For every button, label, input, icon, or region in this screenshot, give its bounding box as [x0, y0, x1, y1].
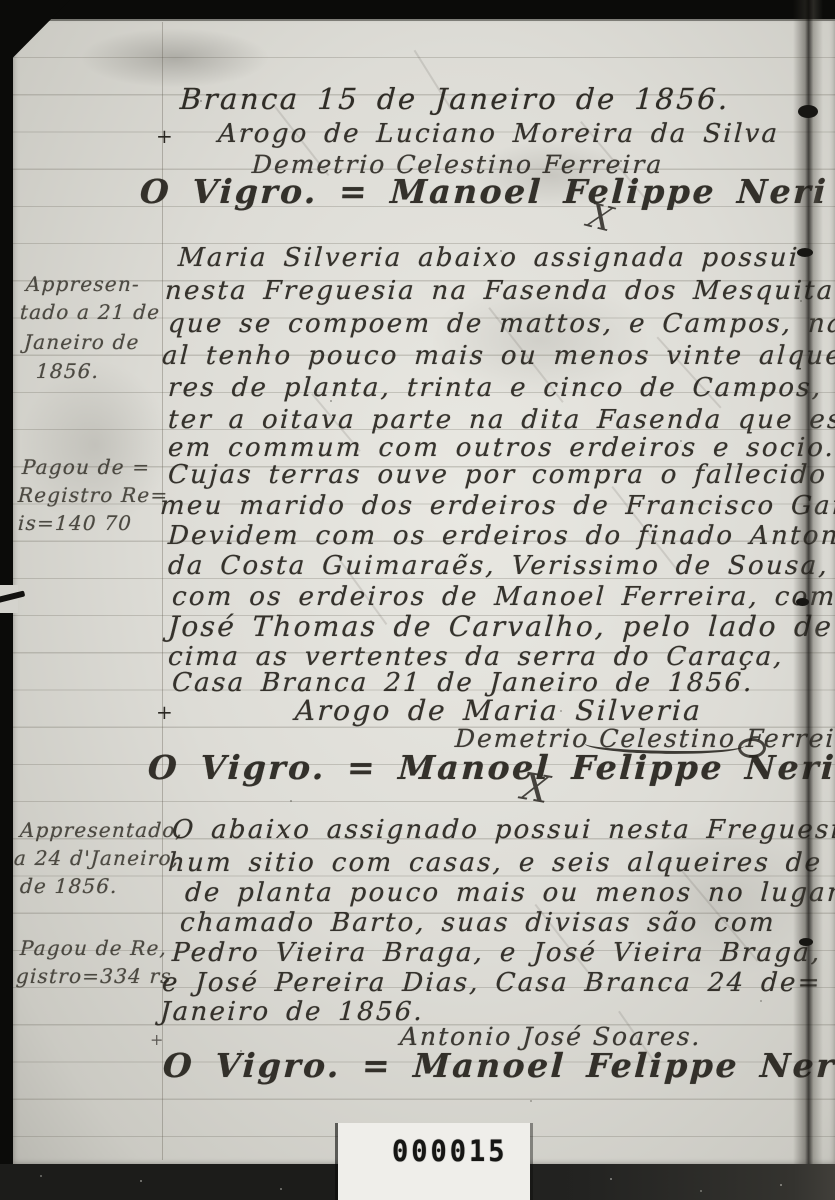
- manuscript-line: res de planta, trinta e cinco de Campos,…: [167, 373, 835, 403]
- margin-note-line: is=140 70: [17, 511, 132, 535]
- ink-blob: [798, 105, 818, 118]
- manuscript-date-line: Branca 15 de Janeiro de 1856.: [179, 82, 731, 116]
- margin-note-line: Pagou de =: [21, 455, 151, 479]
- manuscript-line: nesta Freguesia na Fasenda dos Mesquita: [164, 276, 835, 306]
- margin-note-line: de 1856.: [19, 874, 118, 898]
- margin-note-line: tado a 21 de: [19, 300, 161, 324]
- vicar-signature: O Vigro. = Manoel Felippe Neri: [139, 172, 829, 211]
- manuscript-line: meu marido dos erdeiros de Francisco Gar…: [159, 491, 835, 521]
- margin-note-line: 1856.: [35, 359, 100, 383]
- manuscript-line: Devidem com os erdeiros do finado Antoni…: [167, 521, 835, 551]
- manuscript-line: Cujas terras ouve por compra o fallecido: [167, 460, 828, 490]
- manuscript-line: que se compoem de mattos, e Campos, na q…: [167, 309, 835, 339]
- manuscript-line: ter a oitava parte na dita Fasenda que e…: [167, 405, 835, 435]
- manuscript-line: e José Pereira Dias, Casa Branca 24 de=: [161, 968, 822, 998]
- ink-blob: [799, 938, 813, 946]
- margin-note-line: gistro=334 rs.: [15, 964, 180, 988]
- manuscript-line: al tenho pouco mais ou menos vinte alque…: [161, 341, 835, 371]
- ink-blob: [796, 598, 809, 606]
- manuscript-line: da Costa Guimaraẽs, Verissimo de Sousa,: [167, 551, 830, 581]
- plus-mark: +: [156, 124, 173, 148]
- margin-note-line: Appresen-: [25, 272, 140, 296]
- margin-note-line: Registro Re=: [17, 483, 169, 507]
- manuscript-line: Maria Silveria abaixo assignada possui: [177, 243, 800, 273]
- manuscript-line: hum sitio com casas, e seis alqueires de…: [167, 848, 835, 878]
- margin-note-line: Appresentado,: [19, 818, 183, 842]
- plus-mark: +: [156, 700, 173, 724]
- vicar-signature: O Vigro. = Manoel Felippe Neri: [147, 748, 835, 787]
- manuscript-line: chamado Barto, suas divisas são com: [179, 908, 777, 938]
- manuscript-line: de planta pouco mais ou menos no lugar: [184, 878, 835, 908]
- manuscript-line: em commum com outros erdeiros e socio.: [167, 433, 835, 463]
- margin-note-line: Janeiro de: [23, 330, 140, 354]
- stamp-number: 000015: [392, 1134, 508, 1168]
- manuscript-line: O abaixo assignado possui nesta Freguesi…: [171, 815, 835, 845]
- cross-mark: +: [150, 1030, 163, 1049]
- manuscript-arogo-line: Arogo de Luciano Moreira da Silva: [217, 119, 780, 149]
- manuscript-line: com os erdeiros de Manoel Ferreira, com: [171, 582, 835, 612]
- manuscript-line: Janeiro de 1856.: [159, 997, 425, 1027]
- manuscript-arogo-line: Arogo de Maria Silveria: [294, 694, 703, 727]
- vicar-signature: O Vigro. = Manoel Felippe Neri: [162, 1046, 835, 1085]
- margin-note-line: Pagou de Re,: [19, 936, 167, 960]
- ink-blob: [797, 248, 813, 257]
- manuscript-line: José Thomas de Carvalho, pelo lado de=: [167, 610, 835, 643]
- margin-note-line: a 24 d'Janeiro,: [13, 846, 180, 870]
- binding-crease: [793, 0, 823, 1166]
- scanned-manuscript-page: Branca 15 de Janeiro de 1856. + Arogo de…: [0, 0, 835, 1200]
- scan-border-top: [0, 0, 835, 19]
- manuscript-line: Pedro Vieira Braga, e José Vieira Braga,: [171, 938, 822, 968]
